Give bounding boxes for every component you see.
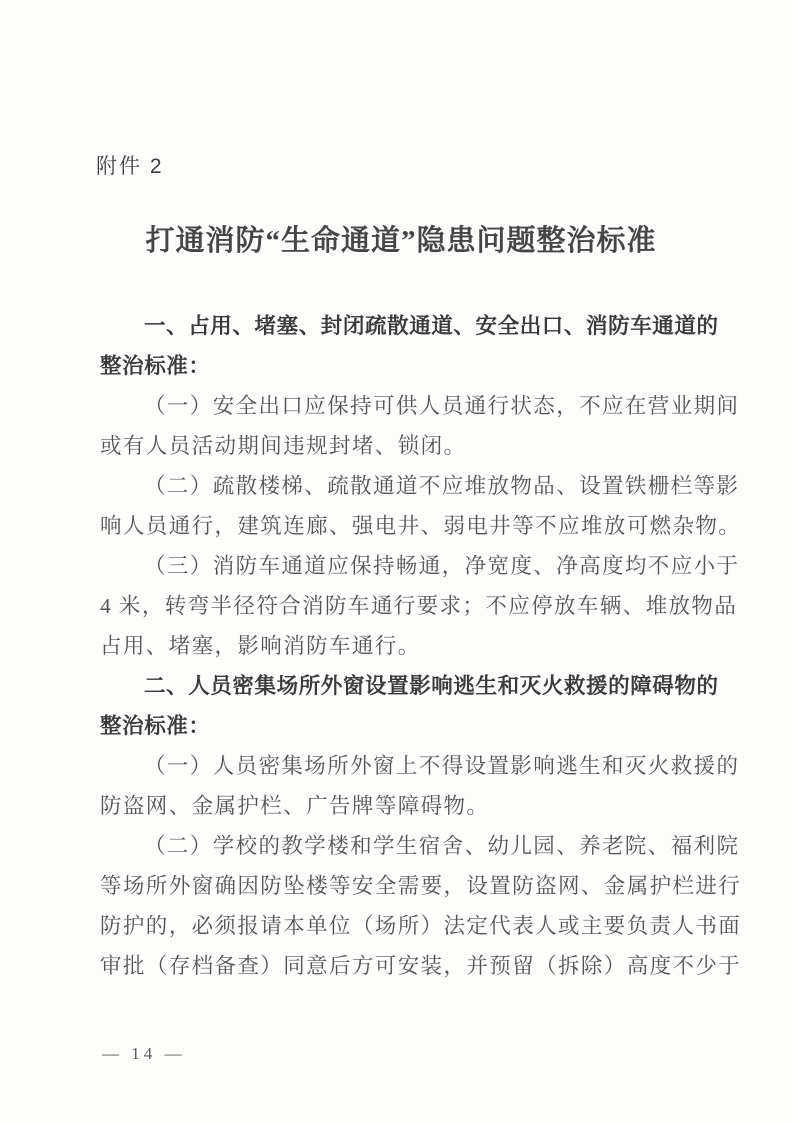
body-line: 等场所外窗确因防坠楼等安全需要，设置防盗网、金属护栏进行 xyxy=(100,866,704,906)
page-number: — 14 — xyxy=(102,1044,186,1064)
section-1-paragraph-1: （一）安全出口应保持可供人员通行状态，不应在营业期间 或有人员活动期间违规封堵、… xyxy=(100,386,704,466)
attachment-label: 附件 2 xyxy=(96,150,164,180)
body-line: （三）消防车通道应保持畅通，净宽度、净高度均不应小于 xyxy=(100,546,704,586)
heading-line: 整治标准： xyxy=(100,706,704,746)
section-2-paragraph-2: （二）学校的教学楼和学生宿舍、幼儿园、养老院、福利院 等场所外窗确因防坠楼等安全… xyxy=(100,826,704,986)
body-line: （二）疏散楼梯、疏散通道不应堆放物品、设置铁栅栏等影 xyxy=(100,466,704,506)
section-1-paragraph-3: （三）消防车通道应保持畅通，净宽度、净高度均不应小于 4 米，转弯半径符合消防车… xyxy=(100,546,704,666)
section-1-heading: 一、占用、堵塞、封闭疏散通道、安全出口、消防车通道的 整治标准： xyxy=(100,306,704,386)
body-line: 响人员通行，建筑连廊、强电井、弱电井等不应堆放可燃杂物。 xyxy=(100,506,704,546)
body-line: 防护的，必须报请本单位（场所）法定代表人或主要负责人书面 xyxy=(100,906,704,946)
section-2-heading: 二、人员密集场所外窗设置影响逃生和灭火救援的障碍物的 整治标准： xyxy=(100,666,704,746)
heading-line: 整治标准： xyxy=(100,346,704,386)
body-line: 审批（存档备查）同意后方可安装，并预留（拆除）高度不少于 xyxy=(100,946,704,986)
document-page: 附件 2 打通消防“生命通道”隐患问题整治标准 一、占用、堵塞、封闭疏散通道、安… xyxy=(0,0,793,1122)
section-2-paragraph-1: （一）人员密集场所外窗上不得设置影响逃生和灭火救援的 防盗网、金属护栏、广告牌等… xyxy=(100,746,704,826)
section-1-paragraph-2: （二）疏散楼梯、疏散通道不应堆放物品、设置铁栅栏等影 响人员通行，建筑连廊、强电… xyxy=(100,466,704,546)
body-line: 或有人员活动期间违规封堵、锁闭。 xyxy=(100,426,704,466)
body-line: （一）安全出口应保持可供人员通行状态，不应在营业期间 xyxy=(100,386,704,426)
body-line: 占用、堵塞，影响消防车通行。 xyxy=(100,626,704,666)
document-body: 一、占用、堵塞、封闭疏散通道、安全出口、消防车通道的 整治标准： （一）安全出口… xyxy=(100,306,704,986)
heading-line: 二、人员密集场所外窗设置影响逃生和灭火救援的障碍物的 xyxy=(100,666,704,706)
body-line: 防盗网、金属护栏、广告牌等障碍物。 xyxy=(100,786,704,826)
body-line: （一）人员密集场所外窗上不得设置影响逃生和灭火救援的 xyxy=(100,746,704,786)
document-title: 打通消防“生命通道”隐患问题整治标准 xyxy=(100,218,702,259)
body-line: （二）学校的教学楼和学生宿舍、幼儿园、养老院、福利院 xyxy=(100,826,704,866)
heading-line: 一、占用、堵塞、封闭疏散通道、安全出口、消防车通道的 xyxy=(100,306,704,346)
body-line: 4 米，转弯半径符合消防车通行要求；不应停放车辆、堆放物品 xyxy=(100,586,704,626)
